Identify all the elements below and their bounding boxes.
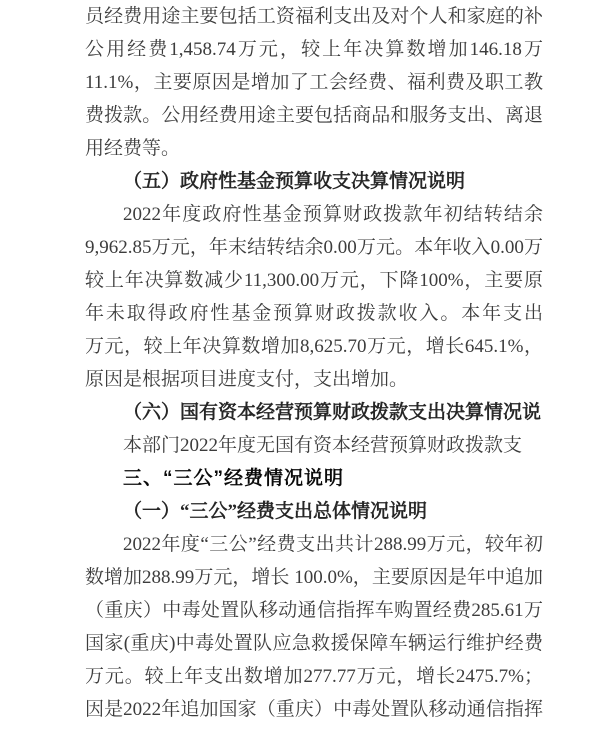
document-text: 员经费用途主要包括工资福利支出及对个人和家庭的补助。公用经费1,458.74万元…	[85, 0, 543, 726]
text-line: 公用经费1,458.74万元，较上年决算数增加146.18万元，增长	[85, 33, 543, 66]
text-line: 数增加288.99万元，增长 100.0%，主要原因是年中追加国家	[85, 561, 543, 594]
text-line: 年未取得政府性基金预算财政拨款收入。本年支出9,962.85	[85, 297, 543, 330]
text-line: （一）“三公”经费支出总体情况说明	[85, 495, 543, 528]
text-line: 较上年决算数减少11,300.00万元，下降100%，主要原因是本	[85, 264, 543, 297]
text-line: 用经费等。	[85, 132, 543, 165]
text-line: 万元。较上年支出数增加277.77万元，增长2475.7%；主要原	[85, 660, 543, 693]
text-line: 三、“三公”经费情况说明	[85, 462, 543, 495]
text-line: 2022年度政府性基金预算财政拨款年初结转结余	[85, 198, 543, 231]
text-line: 因是2022年追加国家（重庆）中毒处置队移动通信指挥车购	[85, 693, 543, 726]
text-line: 9,962.85万元，年末结转结余0.00万元。本年收入0.00万元，	[85, 231, 543, 264]
text-line: （五）政府性基金预算收支决算情况说明	[85, 165, 543, 198]
text-line: 原因是根据项目进度支付，支出增加。	[85, 363, 543, 396]
text-line: 2022年度“三公”经费支出共计288.99万元，较年初预算	[85, 528, 543, 561]
text-line: （六）国有资本经营预算财政拨款支出决算情况说明	[85, 396, 543, 429]
text-line: 本部门2022年度无国有资本经营预算财政拨款支出。	[85, 429, 543, 462]
document-page: 员经费用途主要包括工资福利支出及对个人和家庭的补助。公用经费1,458.74万元…	[0, 0, 614, 741]
text-line: 11.1%，主要原因是增加了工会经费、福利费及职工教育经	[85, 66, 543, 99]
text-line: （重庆）中毒处置队移动通信指挥车购置经费285.61万元，	[85, 594, 543, 627]
text-line: 费拨款。公用经费用途主要包括商品和服务支出、离退休公	[85, 99, 543, 132]
text-line: 国家(重庆)中毒处置队应急救援保障车辆运行维护经费3.38	[85, 627, 543, 660]
text-line: 员经费用途主要包括工资福利支出及对个人和家庭的补助。	[85, 0, 543, 33]
text-line: 万元，较上年决算数增加8,625.70万元，增长645.1%，主要	[85, 330, 543, 363]
